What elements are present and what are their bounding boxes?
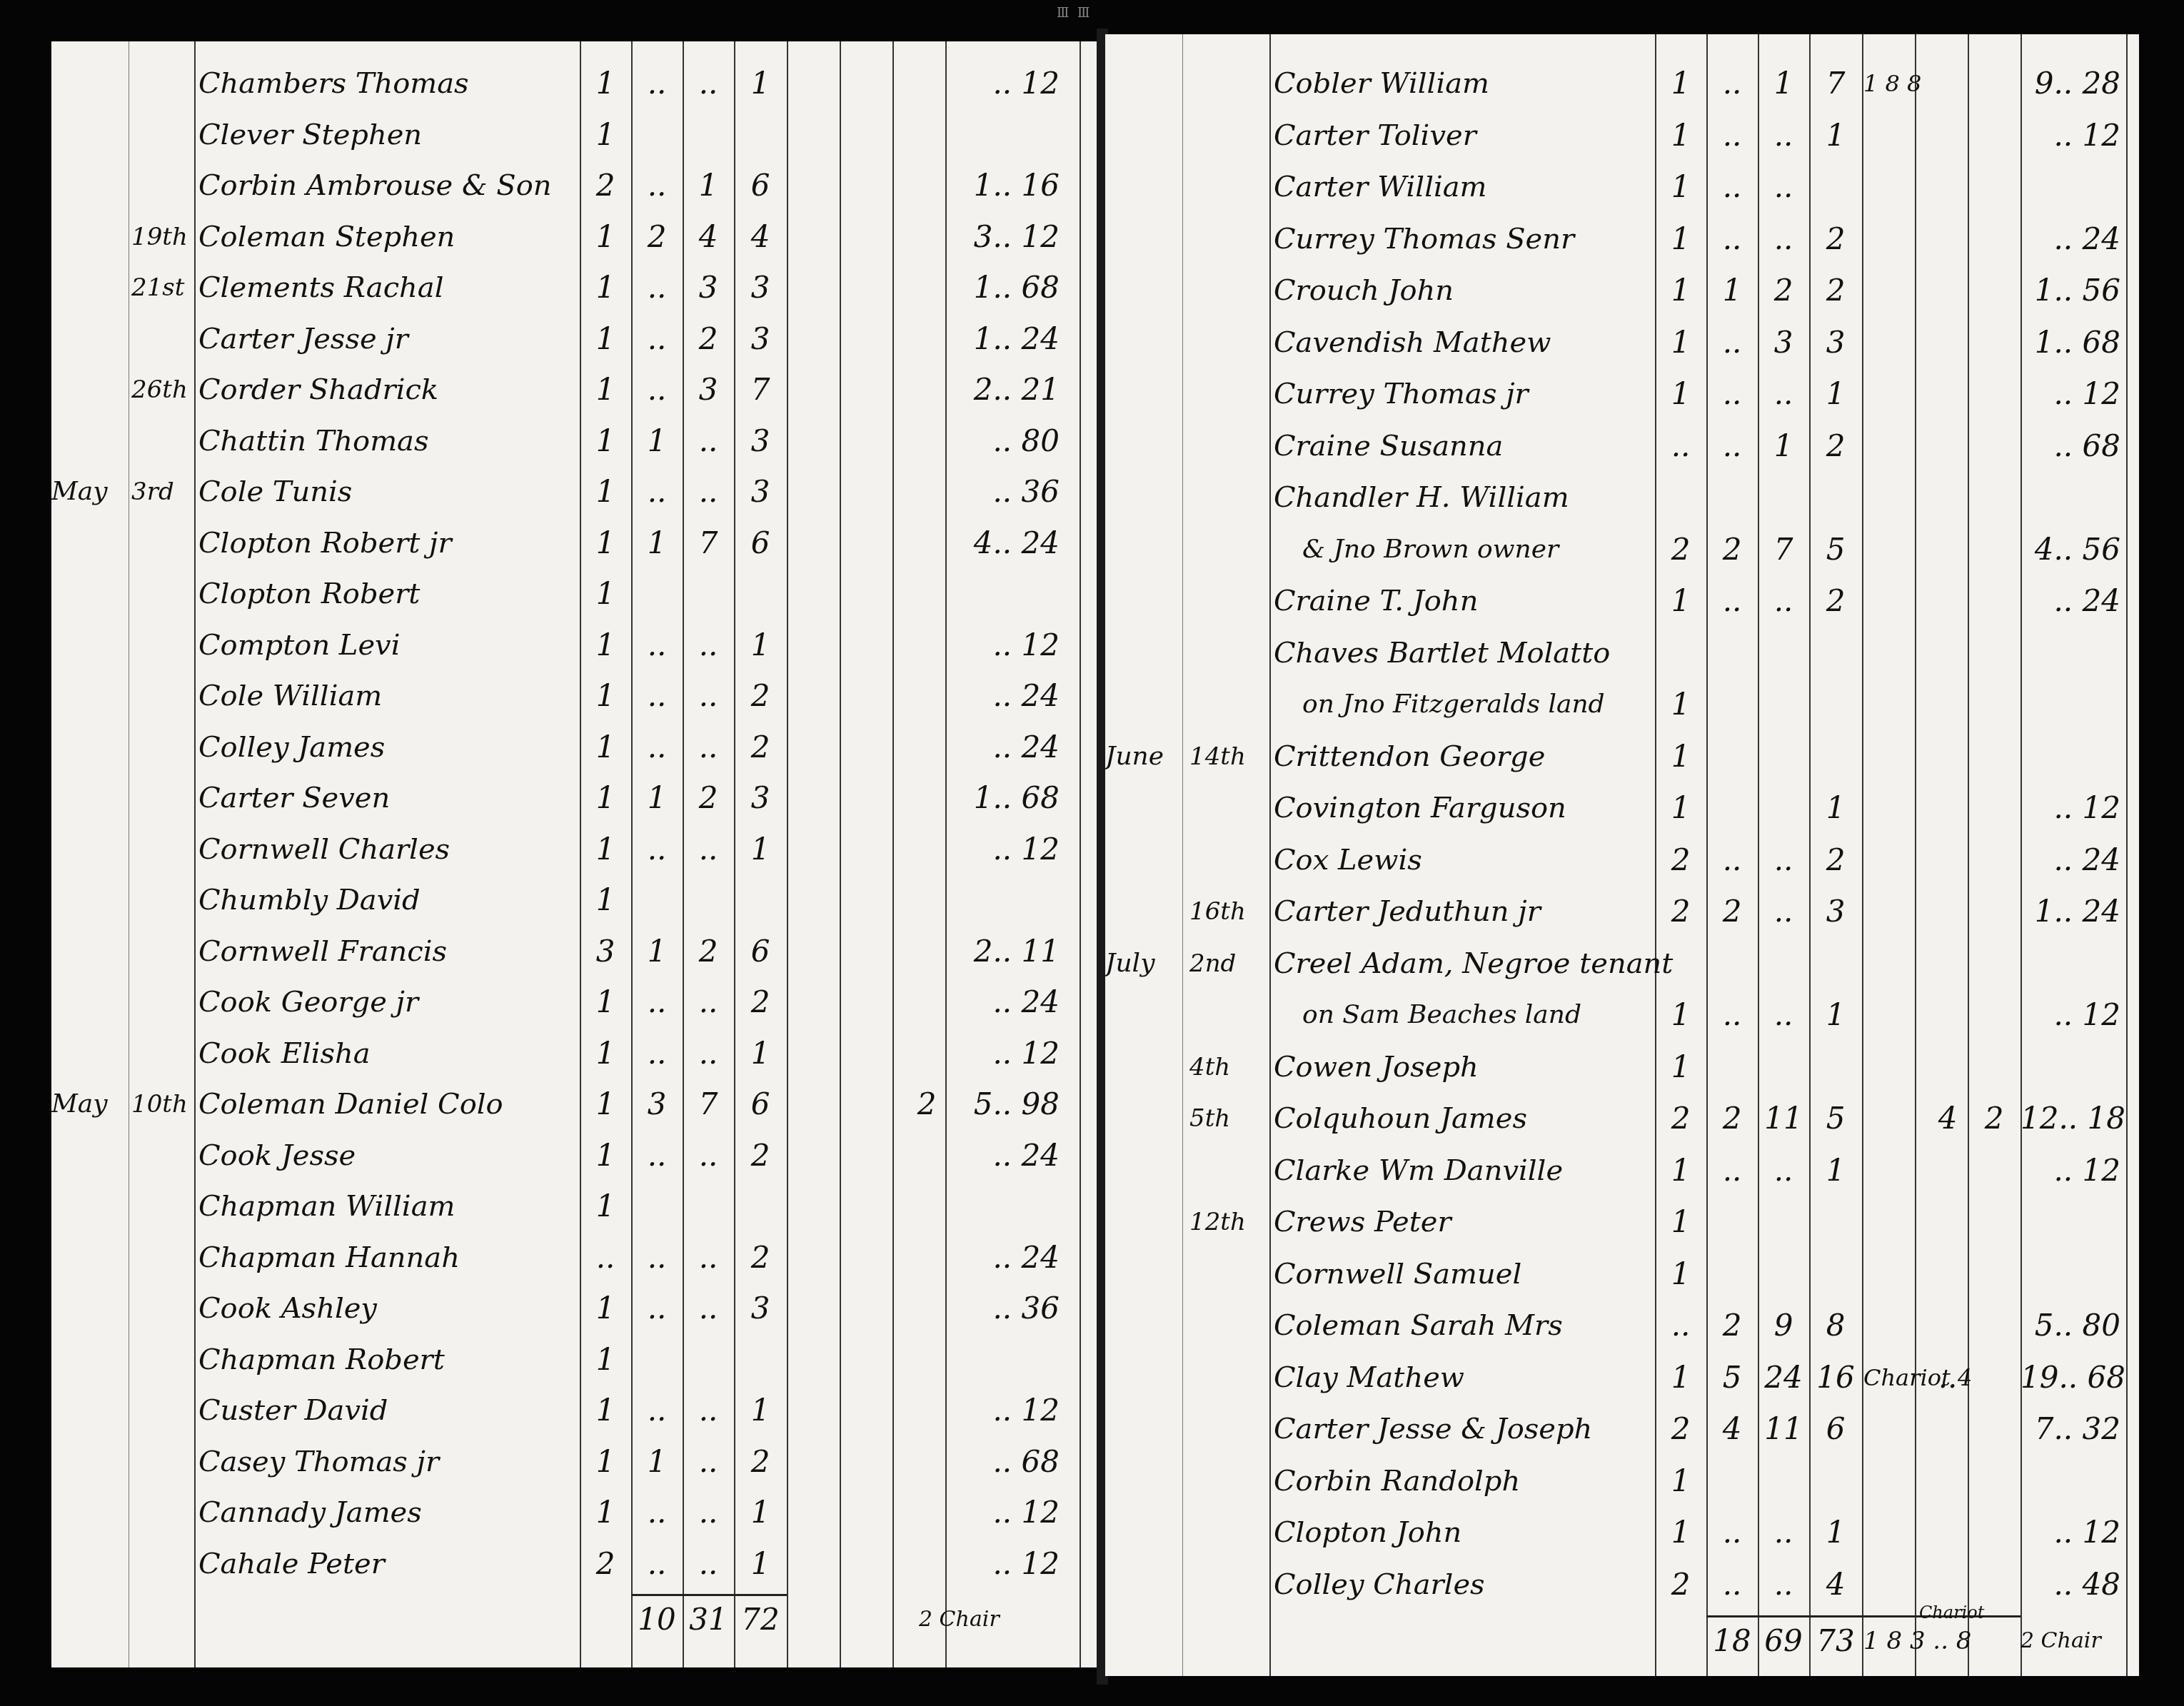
- taxpayer-name: Carter Jeduthun jr: [1274, 891, 1652, 932]
- col-5-value: [787, 267, 840, 308]
- col-5-value: [787, 1135, 840, 1176]
- taxpayer-name: Cole William: [198, 675, 577, 717]
- col-4-value: 2: [1809, 839, 1862, 881]
- col-4-value: [1809, 684, 1862, 725]
- col-2-value: ..: [631, 625, 683, 666]
- tax-amount: .. 48: [2021, 1564, 2120, 1605]
- col-5-value: [787, 1492, 840, 1533]
- col-7-value: [1926, 1305, 1969, 1346]
- tax-amount: 1.. 24: [945, 318, 1060, 360]
- col-4-value: 2: [1809, 270, 1862, 311]
- col-1-value: 2: [1655, 1408, 1706, 1450]
- taxpayer-name: Currey Thomas Senr: [1274, 218, 1652, 260]
- col-3-value: ..: [683, 727, 734, 768]
- month-cell: [51, 1492, 129, 1533]
- tax-amount: .. 12: [945, 63, 1060, 104]
- col-4-value: 1: [734, 1492, 787, 1533]
- col-2-value: ..: [1706, 63, 1758, 104]
- day-cell: [1189, 632, 1268, 674]
- col-1-value: 2: [1655, 839, 1706, 881]
- col-2-value: [631, 1339, 683, 1381]
- day-cell: 21st: [131, 267, 194, 308]
- col-8-value: 2: [908, 1084, 945, 1125]
- col-8-value: [1973, 1357, 2016, 1398]
- day-cell: 2nd: [1189, 943, 1268, 984]
- col-8-value: [908, 1543, 945, 1585]
- col-2-value: 1: [631, 777, 683, 819]
- col-6-value: [840, 727, 892, 768]
- col-4-value: 2: [734, 675, 787, 717]
- day-cell: [131, 1339, 194, 1381]
- col-7-value: [1926, 1512, 1969, 1553]
- tax-amount: .. 36: [945, 471, 1060, 513]
- taxpayer-name: Colley James: [198, 727, 577, 768]
- col-8-value: [1973, 1150, 2016, 1191]
- col-2-value: 2: [631, 216, 683, 258]
- col-2-value: ..: [631, 981, 683, 1023]
- taxpayer-name: & Jno Brown owner: [1274, 529, 1681, 570]
- col-5-value: [787, 981, 840, 1023]
- tax-amount: [2021, 1253, 2120, 1295]
- tax-amount: [2021, 632, 2120, 674]
- col-3-value: ..: [683, 1390, 734, 1431]
- col-4-value: 1: [1809, 787, 1862, 829]
- col-3-value: 2: [683, 777, 734, 819]
- taxpayer-name: Cornwell Charles: [198, 829, 577, 870]
- col-3-value: 7: [683, 1084, 734, 1125]
- col-6-value: [840, 1543, 892, 1585]
- tax-amount: .. 12: [2021, 373, 2120, 415]
- col-2-value: [1706, 632, 1758, 674]
- tax-amount: [945, 573, 1060, 615]
- col-3-value: ..: [1758, 1150, 1809, 1191]
- col-2-value: ..: [631, 1390, 683, 1431]
- col-4-value: 4: [1809, 1564, 1862, 1605]
- col-2-value: ..: [631, 829, 683, 870]
- ledger-row: 5thColquhoun James221154212.. 18: [1105, 1098, 2139, 1139]
- col-1-value: 1: [580, 1135, 631, 1176]
- tax-amount: 1.. 68: [945, 777, 1060, 819]
- col-4-value: [734, 573, 787, 615]
- col-8-value: [1973, 166, 2016, 208]
- col-5-value: [787, 1084, 840, 1125]
- taxpayer-name: Clements Rachal: [198, 267, 577, 308]
- col-4-value: 2: [734, 1135, 787, 1176]
- col-1-value: 1: [580, 471, 631, 513]
- col-2-value: ..: [631, 1492, 683, 1533]
- ledger-row: Corbin Ambrouse & Son2..161.. 16: [51, 165, 1101, 206]
- col-1-value: 1: [1655, 1046, 1706, 1088]
- day-cell: [1189, 1305, 1268, 1346]
- ledger-row: Chapman Robert1: [51, 1339, 1101, 1381]
- col-2-value: ..: [1706, 373, 1758, 415]
- col-2-value: 4: [1706, 1408, 1758, 1450]
- day-cell: [1189, 684, 1268, 725]
- taxpayer-name: Custer David: [198, 1390, 577, 1431]
- col-1-value: 2: [580, 1543, 631, 1585]
- ledger-row: Chapman Hannah......2.. 24: [51, 1237, 1101, 1278]
- col-8-value: [1973, 477, 2016, 518]
- col-1-value: 1: [580, 216, 631, 258]
- day-cell: 10th: [131, 1084, 194, 1125]
- col-2-value: ..: [1706, 1150, 1758, 1191]
- col-2-value: ..: [1706, 1564, 1758, 1605]
- tax-amount: .. 12: [945, 1543, 1060, 1585]
- col-6-value: [840, 1390, 892, 1431]
- ledger-row: Compton Levi1....1.. 12: [51, 625, 1101, 666]
- col-8-value: [908, 216, 945, 258]
- col-3-value: [683, 573, 734, 615]
- col-2-value: [1706, 736, 1758, 777]
- col-3-value: 2: [683, 931, 734, 972]
- col-7-value: [1926, 632, 1969, 674]
- col-3-value: ..: [683, 63, 734, 104]
- ledger-row: Cook Jesse1....2.. 24: [51, 1135, 1101, 1176]
- col-5-value: [787, 114, 840, 156]
- col-5-value: [787, 675, 840, 717]
- taxpayer-name: Clopton John: [1274, 1512, 1652, 1553]
- col-1-value: [1655, 477, 1706, 518]
- taxpayer-name: Coleman Sarah Mrs: [1274, 1305, 1652, 1346]
- ledger-row: Carter Jesse & Joseph241167.. 32: [1105, 1408, 2139, 1450]
- col-6-value: [840, 216, 892, 258]
- day-cell: [1189, 1357, 1268, 1398]
- col-8-value: [1973, 529, 2016, 570]
- month-cell: [1105, 1408, 1182, 1450]
- col-2-value: [1706, 1460, 1758, 1502]
- ledger-row: Chambers Thomas1....1.. 12: [51, 63, 1101, 104]
- month-cell: [51, 1543, 129, 1585]
- day-cell: [131, 1288, 194, 1329]
- col-4-value: 5: [1809, 529, 1862, 570]
- col-3-value: ..: [1758, 166, 1809, 208]
- col-1-value: 2: [1655, 1564, 1706, 1605]
- col-3-value: 2: [683, 318, 734, 360]
- col-6-value: [840, 267, 892, 308]
- col-7-value: [1926, 1046, 1969, 1088]
- col-4-value: 1: [734, 1543, 787, 1585]
- right-total-chariot-label: Chariot: [1919, 1592, 2019, 1633]
- col-8-value: [1973, 115, 2016, 156]
- day-cell: [131, 879, 194, 921]
- day-cell: [1189, 63, 1268, 104]
- tax-amount: [2021, 736, 2120, 777]
- tax-amount: .. 36: [945, 1288, 1060, 1329]
- month-cell: May: [51, 1084, 129, 1125]
- col-2-value: 2: [1706, 891, 1758, 932]
- col-1-value: [1655, 943, 1706, 984]
- col-2-value: ..: [631, 369, 683, 410]
- col-8-value: [1973, 1460, 2016, 1502]
- col-3-value: ..: [683, 981, 734, 1023]
- tax-amount: 9.. 28: [2021, 63, 2120, 104]
- col-4-value: 3: [734, 318, 787, 360]
- month-cell: [51, 63, 129, 104]
- col-6-value: [840, 318, 892, 360]
- col-8-value: [908, 625, 945, 666]
- ledger-row: Cavendish Mathew1..331.. 68: [1105, 322, 2139, 363]
- col-1-value: 1: [580, 1390, 631, 1431]
- ledger-row: Cook George jr1....2.. 24: [51, 981, 1101, 1023]
- month-cell: [1105, 1512, 1182, 1553]
- left-total-line: [631, 1594, 787, 1596]
- day-cell: [131, 523, 194, 564]
- taxpayer-name: Cook Elisha: [198, 1033, 577, 1074]
- day-cell: [131, 1033, 194, 1074]
- taxpayer-name: Creel Adam, Negroe tenant: [1274, 943, 1652, 984]
- month-cell: [1105, 684, 1182, 725]
- col-3-value: ..: [1758, 115, 1809, 156]
- col-2-value: 1: [631, 420, 683, 462]
- taxpayer-name: Cook George jr: [198, 981, 577, 1023]
- col-8-value: [1973, 322, 2016, 363]
- col-8-value: [908, 573, 945, 615]
- col-1-value: 1: [580, 1441, 631, 1483]
- ledger-row: Clay Mathew152416Chariot 4..19.. 68: [1105, 1357, 2139, 1398]
- col-2-value: ..: [1706, 994, 1758, 1036]
- col-4-value: 3: [734, 420, 787, 462]
- col-8-value: [908, 981, 945, 1023]
- col-3-value: 1: [1758, 63, 1809, 104]
- day-cell: [131, 981, 194, 1023]
- col-1-value: 1: [580, 879, 631, 921]
- ledger-row: Carter Toliver1....1.. 12: [1105, 115, 2139, 156]
- col-4-value: [1809, 1046, 1862, 1088]
- day-cell: 4th: [1189, 1046, 1268, 1088]
- month-cell: [1105, 115, 1182, 156]
- col-1-value: 1: [1655, 580, 1706, 622]
- ledger-row: Chaves Bartlet Molatto: [1105, 632, 2139, 674]
- month-cell: July: [1105, 943, 1182, 984]
- col-7-value: [1926, 891, 1969, 932]
- col-3-value: 3: [683, 267, 734, 308]
- left-total-note: 2 Chair: [919, 1599, 1047, 1640]
- taxpayer-name: Carter Jesse & Joseph: [1274, 1408, 1652, 1450]
- col-4-value: [734, 114, 787, 156]
- col-8-value: [908, 1237, 945, 1278]
- col-8-value: [908, 1033, 945, 1074]
- col-2-value: ..: [631, 727, 683, 768]
- col-3-value: 24: [1758, 1357, 1809, 1398]
- col-1-value: 1: [1655, 1357, 1706, 1398]
- col-5-value: [787, 1339, 840, 1381]
- taxpayer-name: Cavendish Mathew: [1274, 322, 1652, 363]
- day-cell: [131, 675, 194, 717]
- tax-amount: .. 24: [2021, 580, 2120, 622]
- col-3-value: 3: [683, 369, 734, 410]
- col-3-value: ..: [1758, 1564, 1809, 1605]
- day-cell: [1189, 425, 1268, 467]
- col-3-value: ..: [683, 471, 734, 513]
- col-1-value: 1: [1655, 736, 1706, 777]
- taxpayer-name: Clay Mathew: [1274, 1357, 1652, 1398]
- day-cell: [1189, 839, 1268, 881]
- col-3-value: ..: [683, 1033, 734, 1074]
- col-3-value: [683, 114, 734, 156]
- day-cell: 19th: [131, 216, 194, 258]
- ledger-row: Casey Thomas jr11..2.. 68: [51, 1441, 1101, 1483]
- col-8-value: [908, 1186, 945, 1227]
- col-6-value: [840, 1237, 892, 1278]
- col-8-value: [1973, 63, 2016, 104]
- col-2-value: ..: [1706, 218, 1758, 260]
- month-cell: [51, 981, 129, 1023]
- col-1-value: 1: [580, 829, 631, 870]
- col-3-value: [683, 1186, 734, 1227]
- col-6-value: [840, 675, 892, 717]
- col-3-value: [1758, 736, 1809, 777]
- taxpayer-name: Carter Toliver: [1274, 115, 1652, 156]
- ledger-row: Carter Jesse jr1..231.. 24: [51, 318, 1101, 360]
- col-5-value: [787, 318, 840, 360]
- col-2-value: ..: [1706, 839, 1758, 881]
- col-4-value: 3: [1809, 322, 1862, 363]
- ledger-row: July2ndCreel Adam, Negroe tenant: [1105, 943, 2139, 984]
- col-4-value: 5: [1809, 1098, 1862, 1139]
- ledger-row: Cannady James1....1.. 12: [51, 1492, 1101, 1533]
- month-cell: June: [1105, 736, 1182, 777]
- taxpayer-name: Cole Tunis: [198, 471, 577, 513]
- month-cell: [1105, 1564, 1182, 1605]
- tax-amount: .. 68: [945, 1441, 1060, 1483]
- month-cell: [51, 1288, 129, 1329]
- col-6-value: [840, 1339, 892, 1381]
- ledger-row: Cahale Peter2....1.. 12: [51, 1543, 1101, 1585]
- ledger-row: May10thColeman Daniel Colo137625.. 98: [51, 1084, 1101, 1125]
- col-7-value: [1926, 1460, 1969, 1502]
- col-5-value: [787, 1033, 840, 1074]
- month-cell: [51, 1237, 129, 1278]
- tax-amount: 1.. 16: [945, 165, 1060, 206]
- col-1-value: 1: [1655, 63, 1706, 104]
- col-5-value: [787, 1288, 840, 1329]
- tax-amount: [2021, 166, 2120, 208]
- taxpayer-name: Cowen Joseph: [1274, 1046, 1652, 1088]
- month-cell: [1105, 787, 1182, 829]
- col-1-value: ..: [580, 1237, 631, 1278]
- ledger-row: Clopton Robert jr11764.. 24: [51, 523, 1101, 564]
- col-3-value: [1758, 1253, 1809, 1295]
- col-2-value: [1706, 1253, 1758, 1295]
- col-1-value: 1: [580, 1339, 631, 1381]
- col-2-value: ..: [631, 63, 683, 104]
- col-8-value: [1973, 839, 2016, 881]
- col-5-value: [787, 523, 840, 564]
- binding-mark: Ⅲ Ⅲ: [1057, 6, 1121, 27]
- day-cell: [1189, 994, 1268, 1036]
- taxpayer-name: Coleman Daniel Colo: [198, 1084, 577, 1125]
- col-5-value: [787, 1186, 840, 1227]
- col-3-value: ..: [683, 1492, 734, 1533]
- col-8-value: [908, 1492, 945, 1533]
- ledger-row: 19thColeman Stephen12443.. 12: [51, 216, 1101, 258]
- col-5-value: [787, 829, 840, 870]
- col-5-value: [787, 420, 840, 462]
- day-cell: [1189, 166, 1268, 208]
- col-8-value: [908, 1339, 945, 1381]
- col-6-value: [840, 471, 892, 513]
- col-2-value: 3: [631, 1084, 683, 1125]
- tax-amount: .. 12: [2021, 787, 2120, 829]
- col-8-value: [1973, 1305, 2016, 1346]
- col-8-value: [1973, 1046, 2016, 1088]
- col-6-value: [840, 829, 892, 870]
- col-3-value: ..: [683, 1135, 734, 1176]
- col-7-value: [1926, 270, 1969, 311]
- col-6-value: [840, 1186, 892, 1227]
- col-1-value: 1: [1655, 270, 1706, 311]
- tax-amount: .. 80: [945, 420, 1060, 462]
- tax-amount: [2021, 1460, 2120, 1502]
- col-3-value: ..: [1758, 580, 1809, 622]
- col-2-value: ..: [631, 471, 683, 513]
- col-3-value: ..: [683, 675, 734, 717]
- day-cell: [131, 931, 194, 972]
- col-8-value: [908, 1441, 945, 1483]
- col-1-value: 1: [1655, 1150, 1706, 1191]
- ledger-row: Cook Elisha1....1.. 12: [51, 1033, 1101, 1074]
- day-cell: [1189, 322, 1268, 363]
- day-cell: 3rd: [131, 471, 194, 513]
- col-4-value: 1: [734, 625, 787, 666]
- col-4-value: 1: [1809, 115, 1862, 156]
- tax-amount: 1.. 56: [2021, 270, 2120, 311]
- col-8-value: [1973, 1201, 2016, 1243]
- day-cell: [131, 1390, 194, 1431]
- col-1-value: 1: [580, 267, 631, 308]
- day-cell: 26th: [131, 369, 194, 410]
- col-3-value: ..: [683, 420, 734, 462]
- day-cell: [131, 727, 194, 768]
- col-8-value: [908, 1390, 945, 1431]
- col-3-value: ..: [683, 1441, 734, 1483]
- taxpayer-name: Crews Peter: [1274, 1201, 1652, 1243]
- taxpayer-name: Clopton Robert: [198, 573, 577, 615]
- taxpayer-name: Cook Ashley: [198, 1288, 577, 1329]
- month-cell: [1105, 580, 1182, 622]
- ledger-row: Cornwell Charles1....1.. 12: [51, 829, 1101, 870]
- col-1-value: 1: [1655, 1253, 1706, 1295]
- col-8-value: [908, 879, 945, 921]
- taxpayer-name: on Jno Fitzgeralds land: [1274, 684, 1681, 725]
- tax-amount: [2021, 1046, 2120, 1088]
- col-6-value: [840, 369, 892, 410]
- day-cell: [131, 1543, 194, 1585]
- ledger-row: Cobler William1..171 8 89.. 28: [1105, 63, 2139, 104]
- col-6-value: [840, 420, 892, 462]
- month-cell: May: [51, 471, 129, 513]
- col-3-value: ..: [683, 1543, 734, 1585]
- ledger-row: Cook Ashley1....3.. 36: [51, 1288, 1101, 1329]
- taxpayer-name: Chapman Hannah: [198, 1237, 577, 1278]
- col-4-value: [734, 1339, 787, 1381]
- col-8-value: [908, 727, 945, 768]
- tax-amount: .. 24: [945, 981, 1060, 1023]
- col-7-value: [1926, 477, 1969, 518]
- col-8-value: [1973, 580, 2016, 622]
- col-7-value: [1926, 736, 1969, 777]
- ledger-row: Cox Lewis2....2.. 24: [1105, 839, 2139, 881]
- ledger-row: Clarke Wm Danville1....1.. 12: [1105, 1150, 2139, 1191]
- ledger-row: on Jno Fitzgeralds land1: [1105, 684, 2139, 725]
- col-2-value: ..: [631, 267, 683, 308]
- ledger-row: May3rdCole Tunis1....3.. 36: [51, 471, 1101, 513]
- col-1-value: 2: [580, 165, 631, 206]
- col-1-value: 1: [1655, 322, 1706, 363]
- col-4-value: [1809, 1253, 1862, 1295]
- col-8-value: [908, 114, 945, 156]
- col-8-value: [908, 931, 945, 972]
